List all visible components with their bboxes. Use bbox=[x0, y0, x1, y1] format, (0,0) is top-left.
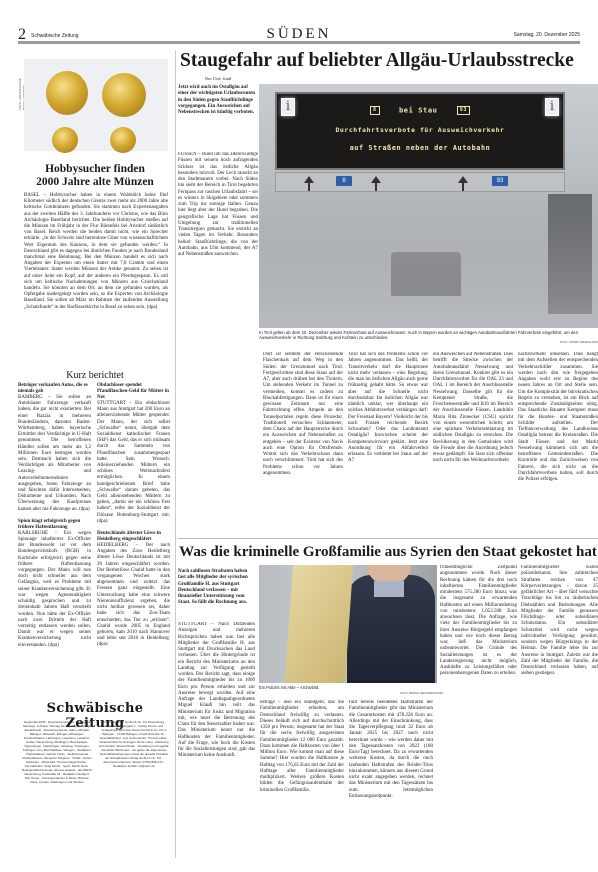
author-byline: Von Uwe Jauß bbox=[178, 76, 258, 81]
kurz-berichtet-title: Kurz berichtet bbox=[18, 370, 172, 381]
autobahn-info-sign: i i 8 bei Stau 93 Durchfahrtsverbote für… bbox=[275, 92, 565, 170]
second-col-3: fünf bereits beendeten Haftstrafen der F… bbox=[349, 700, 433, 858]
arrow-shaft bbox=[462, 183, 464, 191]
brief-column-right: Obdachloser spendet Pfandflaschen-Geld f… bbox=[97, 383, 170, 649]
coins-headline-line2: 2000 Jahre alte Münzen bbox=[18, 176, 172, 189]
column-divider bbox=[175, 50, 176, 858]
brief-headline: Betrüger verkaufen Autos, die es niemals… bbox=[18, 383, 91, 395]
main-headline: Staugefahr auf beliebter Allgäu-Urlaubss… bbox=[180, 50, 598, 72]
brief-headline: Obdachloser spendet Pfandflaschen-Geld f… bbox=[97, 383, 170, 401]
coin-icon bbox=[46, 71, 88, 115]
coin-icon bbox=[102, 73, 146, 117]
main-col-3: Dort ist seitdem der entscheidende Flasc… bbox=[263, 352, 343, 534]
traffic-photo-caption: In Tirol gelten ab dem 20. Dezember wied… bbox=[259, 330, 598, 341]
fog-overlay bbox=[259, 194, 598, 328]
brief-body: BAMBERG - Sie sollen an Autohäuser Fahrz… bbox=[18, 395, 91, 513]
a8-badge: 8 bbox=[370, 106, 380, 115]
main-col-1: FÜSSEN – Rund um das altehrwürdige Füsse… bbox=[178, 152, 258, 377]
page-masthead: 2 Schwäbische Zeitung SÜDEN Samstag, 20.… bbox=[18, 28, 580, 44]
brief-body: KARLSRUHE - Ein wegen Spionage inhaftier… bbox=[18, 531, 91, 649]
coin-icon bbox=[52, 127, 78, 153]
officer-collar bbox=[374, 581, 404, 597]
sign-line-3: auf Straßen neben der Autobahn bbox=[277, 144, 563, 152]
arrow-up-icon bbox=[371, 176, 381, 183]
coins-headline-line1: Hobbysucher finden bbox=[18, 163, 172, 176]
brief-headline: Spion klagt erfolgreich gegen frühere Ha… bbox=[18, 519, 91, 531]
autobahn-a8-shield: 8 bbox=[336, 176, 352, 186]
brief-column-left: Betrüger verkaufen Autos, die es niemals… bbox=[18, 383, 91, 649]
second-headline: Was die kriminelle Großfamilie aus Syrie… bbox=[178, 544, 598, 561]
traffic-sign-photo: i i 8 bei Stau 93 Durchfahrtsverbote für… bbox=[259, 84, 598, 328]
a93-badge: 93 bbox=[457, 106, 470, 115]
file-folder-icon bbox=[285, 565, 354, 683]
sign-line-1-text: bei Stau bbox=[399, 107, 438, 115]
police-photo-credit: FOTO: BERND WEISSBROD/DPA bbox=[400, 691, 443, 695]
brief-headline: Deutschlands ältester Löwe in Heidelberg… bbox=[97, 531, 170, 543]
arrow-up-icon bbox=[304, 176, 314, 183]
second-lead: Nach zahllosen Straftaten haben fast all… bbox=[178, 569, 255, 607]
police-photo bbox=[259, 565, 437, 683]
section-title: SÜDEN bbox=[18, 26, 580, 43]
sign-line-2: Durchfahrtsverbote für Ausweichverkehr bbox=[277, 126, 563, 134]
lane-gantry: 8 93 bbox=[275, 172, 565, 192]
second-col-4: frühestmögliche Zeitpunkt angenommen wur… bbox=[440, 565, 517, 858]
imprint-right: Druck: SV Druck GmbH & Co. KG Ravensburg… bbox=[98, 720, 170, 768]
section-rule bbox=[178, 538, 598, 539]
imprint-left: Gegründet 1945 · Erscheinungsweise: Mont… bbox=[22, 720, 92, 784]
main-lead: Jetzt wird auch im Ostallgäu auf einer d… bbox=[178, 85, 258, 116]
arrow-up-icon bbox=[458, 176, 468, 183]
main-col-4: Tirol hat sich des Problems schon vor Ja… bbox=[348, 352, 428, 534]
brief-body: STUTTGART - Ein obdachloser Mann aus Stu… bbox=[97, 401, 170, 525]
coins-photo bbox=[24, 59, 168, 151]
coins-article-body: BASEL – Hobbysucher haben in einem Walds… bbox=[24, 193, 168, 311]
sign-line-1: 8 bei Stau 93 bbox=[277, 106, 563, 115]
police-photo-caption: Ein Polizist mit Akte – Archivbild. bbox=[259, 685, 437, 690]
main-col-6: nachtsverkehr umsetzen. Dies hängt mit d… bbox=[518, 352, 598, 534]
brief-body: HEIDELBERG – Der nach Angaben des Zoos H… bbox=[97, 543, 170, 648]
coins-headline: Hobbysucher finden 2000 Jahre alte Münze… bbox=[18, 163, 172, 189]
arrow-shaft bbox=[375, 183, 377, 191]
second-col-5: Familienmitglieder waren polizeibekannt,… bbox=[521, 565, 598, 858]
second-col-2: beträge – also ein Handgeld, das die Fam… bbox=[260, 700, 344, 858]
arrow-shaft bbox=[308, 183, 310, 191]
issue-date: Samstag, 20. Dezember 2025 bbox=[514, 32, 580, 38]
autobahn-a93-shield: 93 bbox=[492, 176, 508, 186]
coins-photo-credit: FOTO: ARCHÄOLOGIE BASELLAND/DPA bbox=[18, 60, 23, 110]
second-col-1: STUTTGART – Nach Dutzenden Anzeigen und … bbox=[178, 622, 255, 858]
traffic-photo-credit: FOTO: PETER KNEFFEL/DPA bbox=[560, 340, 598, 344]
main-col-5: ein Ausweichen auf Nebenstraßen. Dies be… bbox=[433, 352, 513, 534]
coin-icon bbox=[110, 127, 136, 153]
